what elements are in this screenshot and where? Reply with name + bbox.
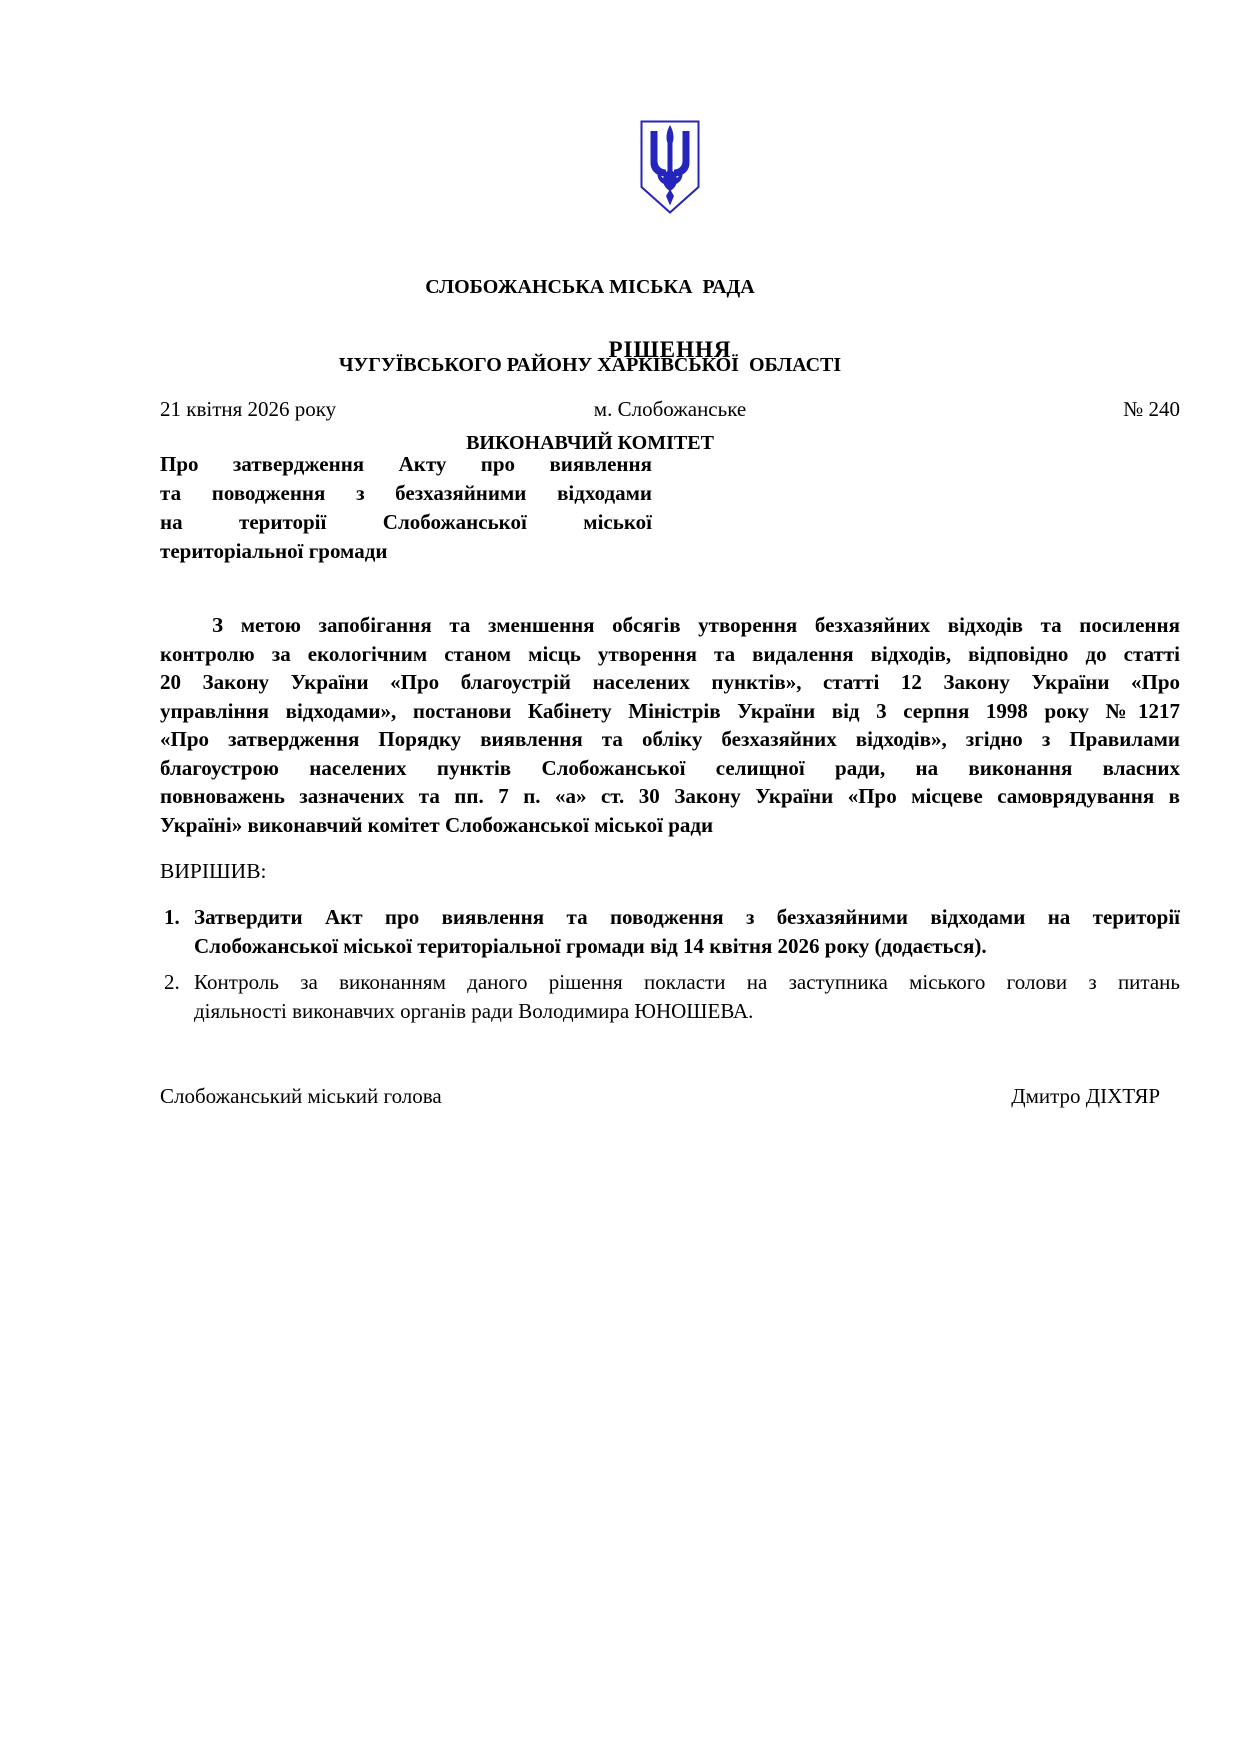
document-number: № 240 — [1123, 397, 1180, 422]
subject-line: Про затвердження Акту про виявлення — [160, 450, 652, 479]
org-name-line1: СЛОБОЖАНСЬКА МІСЬКА РАДА — [0, 274, 1180, 300]
subject-line: територіальної громади — [160, 537, 652, 566]
trident-right-prong — [674, 131, 690, 177]
item-line: діяльності виконавчих органів ради Волод… — [194, 997, 1180, 1026]
trident-base-point — [666, 189, 674, 206]
document-place: м. Слобожанське — [594, 397, 746, 422]
preamble-paragraph: З метою запобігання та зменшення обсягів… — [160, 611, 1180, 839]
decision-item-1: 1. Затвердити Акт про виявлення та повод… — [160, 903, 1180, 960]
decision-item-2: 2. Контроль за виконанням даного рішення… — [160, 968, 1180, 1025]
decision-items: 1. Затвердити Акт про виявлення та повод… — [160, 903, 1180, 1025]
emblem-container — [160, 118, 1180, 222]
document-type-title: РІШЕННЯ — [160, 337, 1180, 363]
trident-left-prong — [651, 131, 667, 177]
item-number: 2. — [164, 968, 180, 997]
document-date: 21 квітня 2026 року — [160, 397, 336, 422]
preamble-line: З метою запобігання та зменшення обсягів… — [160, 611, 1180, 640]
preamble-line: 20 Закону України «Про благоустрій насел… — [160, 668, 1180, 697]
preamble-line: благоустрою населених пунктів Слобожансь… — [160, 754, 1180, 783]
signature-name: Дмитро ДІХТЯР — [1011, 1084, 1160, 1109]
preamble-line: «Про затвердження Порядку виявлення та о… — [160, 725, 1180, 754]
meta-row: 21 квітня 2026 року м. Слобожанське № 24… — [160, 397, 1180, 427]
subject-line: на території Слобожанської міської — [160, 508, 652, 537]
preamble-line: Україні» виконавчий комітет Слобожансько… — [160, 811, 1180, 840]
trident-center-prong — [666, 125, 673, 170]
preamble-line: управління відходами», постанови Кабінет… — [160, 697, 1180, 726]
subject-line: та поводження з безхазяйними відходами — [160, 479, 652, 508]
preamble-line: контролю за екологічним станом місць утв… — [160, 640, 1180, 669]
signature-position: Слобожанський міський голова — [160, 1084, 442, 1109]
item-line: Затвердити Акт про виявлення та поводжен… — [194, 903, 1180, 932]
ukraine-coat-of-arms-icon — [637, 118, 703, 217]
document-page: СЛОБОЖАНСЬКА МІСЬКА РАДА ЧУГУЇВСЬКОГО РА… — [0, 0, 1240, 1754]
item-number: 1. — [164, 903, 180, 932]
item-line: Контроль за виконанням даного рішення по… — [194, 968, 1180, 997]
signature-row: Слобожанський міський голова Дмитро ДІХТ… — [160, 1084, 1160, 1109]
preamble-line: повноважень зазначених та пп. 7 п. «а» с… — [160, 782, 1180, 811]
item-line: Слобожанської міської територіальної гро… — [194, 932, 1180, 961]
subject-block: Про затвердження Акту про виявлення та п… — [160, 450, 652, 566]
resolved-label: ВИРІШИВ: — [160, 859, 267, 884]
